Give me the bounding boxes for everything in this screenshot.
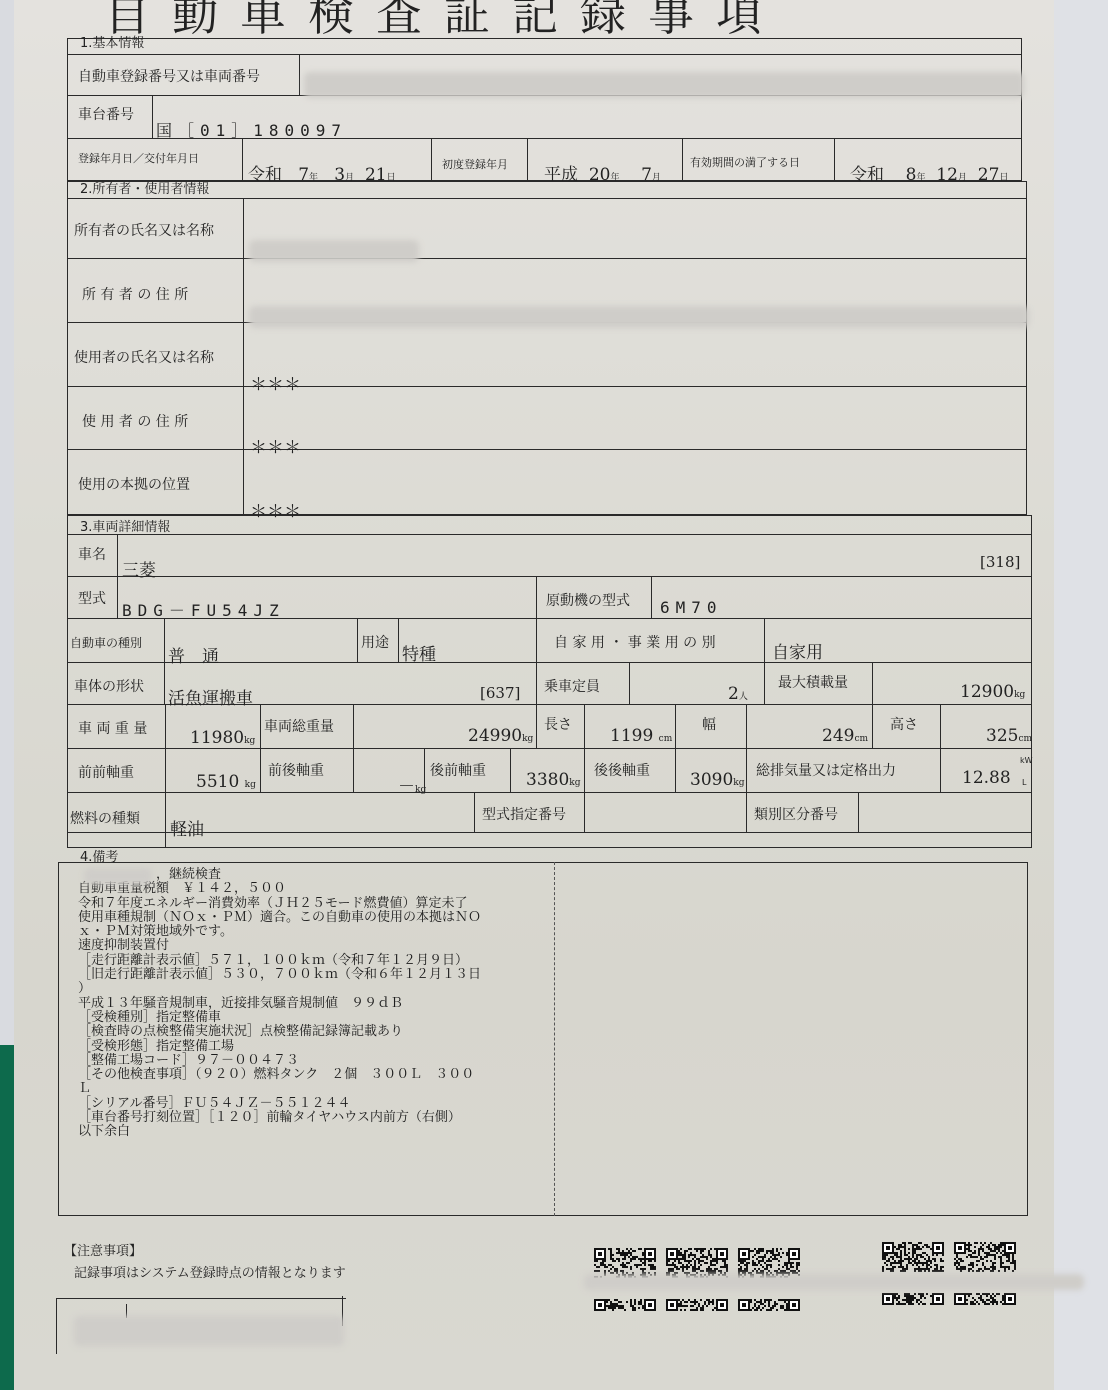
car-name-code: [318]	[980, 553, 1020, 571]
remarks-line: ［その他検査事項］（９２０）燃料タンク ２個 ３００Ｌ ３００	[78, 1068, 481, 1082]
first-registration-label: 初度登録年月	[442, 156, 508, 172]
redacted-owner-address	[249, 306, 1029, 328]
max-load-value: 12900kg	[960, 682, 1025, 702]
remarks-line: ［整備工場コード］９７－００４７３	[78, 1054, 481, 1068]
redacted-inspection-date	[84, 868, 152, 884]
vehicle-weight-value: 11980kg	[190, 728, 255, 748]
front-front-axle-label: 前前軸重	[78, 762, 134, 782]
remarks-line: ）	[78, 982, 481, 996]
height-label: 高さ	[890, 714, 918, 734]
body-shape-label: 車体の形状	[74, 676, 144, 696]
qr-code-icon	[954, 1290, 1016, 1302]
qr-code-icon	[594, 1296, 656, 1308]
remarks-line: ［旧走行距離計表示値］５３０，７００ｋｍ（令和６年１２月１３日	[78, 968, 481, 982]
gross-weight-value: 24990kg	[468, 726, 533, 746]
fuel-type-label: 燃料の種類	[70, 808, 140, 828]
remarks-line: 以下余白	[78, 1125, 481, 1139]
model-label: 型式	[78, 588, 106, 608]
registration-date-label: 登録年月日／交付年月日	[78, 150, 199, 166]
remarks-line: ［車台番号打刻位置］［１２０］前輪タイヤハウス内前方（右側）	[78, 1111, 481, 1125]
remarks-text: ，継続検査自動車重量税額 ￥１４２，５００令和７年度エネルギー消費効率（ＪＨ２５…	[78, 868, 481, 1140]
qr-code-icon	[954, 1242, 1016, 1272]
displacement-unit-kw: kW	[1020, 756, 1033, 765]
owner-name-label: 所有者の氏名又は名称	[74, 220, 214, 240]
inspection-certificate-page: 自動車検査証記録事項 1.基本情報 自動車登録番号又は車両番号 車台番号 国［0…	[14, 0, 1054, 1390]
category-label: 自動車の種別	[70, 634, 142, 651]
qr-code-icon	[738, 1296, 800, 1308]
remarks-line: 令和７年度エネルギー消費効率（ＪＨ２５モード燃費値）算定未了	[78, 897, 481, 911]
category-value: 普 通	[168, 642, 219, 667]
rear-front-axle-value: 3380kg	[526, 770, 580, 790]
height-value: 325cm	[986, 726, 1032, 746]
registration-number-label: 自動車登録番号又は車両番号	[78, 66, 260, 86]
redacted-owner-name	[249, 240, 419, 262]
type-designation-label: 型式指定番号	[482, 804, 566, 824]
length-label: 長さ	[544, 714, 572, 734]
body-shape-value: 活魚運搬車	[168, 684, 253, 709]
owner-address-label: 所 有 者 の 住 所	[82, 284, 188, 304]
remarks-line: 速度抑制装置付	[78, 939, 481, 953]
qr-code-icon	[666, 1296, 728, 1308]
section2-heading: 2.所有者・使用者情報	[80, 178, 209, 197]
user-address-label: 使 用 者 の 住 所	[82, 411, 188, 431]
user-name-value: ＊＊＊	[250, 370, 301, 395]
section1-heading: 1.基本情報	[80, 32, 144, 51]
remarks-line: ［シリアル番号］ＦＵ５４ＪＺ－５５１２４４	[78, 1097, 481, 1111]
private-business-label: 自 家 用 ・ 事 業 用 の 別	[554, 632, 716, 652]
section3-heading: 3.車両詳細情報	[80, 516, 170, 535]
redacted-issuer	[74, 1316, 344, 1346]
category-number-label: 類別区分番号	[754, 804, 838, 824]
fuel-type-value: 軽油	[170, 815, 204, 840]
car-name-label: 車名	[78, 544, 106, 564]
qr-code-icon	[882, 1242, 944, 1272]
base-location-label: 使用の本拠の位置	[78, 474, 190, 494]
user-address-value: ＊＊＊	[250, 433, 301, 458]
engine-model-label: 原動機の型式	[546, 590, 630, 610]
usage-label: 用途	[361, 632, 389, 652]
rear-rear-axle-label: 後後軸重	[594, 760, 650, 780]
redacted-code-strip	[584, 1274, 1084, 1290]
width-value: 249cm	[822, 726, 868, 746]
remarks-line: 平成１３年騒音規制車，近接排気騒音規制値 ９９ｄＢ	[78, 997, 481, 1011]
background-surface	[1048, 0, 1108, 1390]
private-business-value: 自家用	[772, 638, 823, 663]
engine-model-value: 6M70	[660, 598, 723, 617]
displacement-unit-l: L	[1022, 778, 1026, 787]
gross-weight-label: 車両総重量	[264, 716, 334, 736]
displacement-label: 総排気量又は定格出力	[756, 760, 896, 780]
width-label: 幅	[702, 714, 716, 734]
max-load-label: 最大積載量	[778, 672, 848, 692]
notes-heading: 【注意事項】	[64, 1240, 142, 1259]
rear-rear-axle-value: 3090kg	[690, 770, 744, 790]
capacity-value: 2人	[728, 684, 748, 704]
front-front-axle-value: 5510 kg	[196, 772, 256, 792]
front-rear-axle-label: 前後軸重	[268, 760, 324, 780]
remarks-line: ［検査時の点検整備実施状況］点検整備記録簿記載あり	[78, 1025, 481, 1039]
usage-value: 特種	[402, 640, 436, 665]
expiry-date-label: 有効期間の満了する日	[690, 154, 800, 170]
chassis-number-value: 国［01］180097	[156, 118, 347, 141]
remarks-line: 自動車重量税額 ￥１４２，５００	[78, 882, 481, 896]
redacted-registration-number	[304, 72, 1024, 98]
notes-text: 記録事項はシステム登録時点の情報となります	[74, 1262, 346, 1281]
front-rear-axle-value: －kg	[398, 772, 426, 797]
chassis-number-label: 車台番号	[78, 104, 134, 124]
user-name-label: 使用者の氏名又は名称	[74, 347, 214, 367]
length-value: 1199 cm	[610, 726, 672, 746]
remarks-line: ［受検形態］指定整備工場	[78, 1040, 481, 1054]
qr-code-icon	[882, 1290, 944, 1302]
rear-front-axle-label: 後前軸重	[430, 760, 486, 780]
vehicle-weight-label: 車 両 重 量	[78, 718, 147, 738]
capacity-label: 乗車定員	[544, 676, 600, 696]
displacement-value: 12.88	[962, 768, 1011, 788]
remarks-line: ［走行距離計表示値］５７１，１００ｋｍ（令和７年１２月９日）	[78, 954, 481, 968]
body-shape-code: [637]	[480, 684, 520, 702]
remarks-line: Ｌ	[78, 1082, 481, 1096]
car-name-value: 三菱	[122, 556, 156, 581]
model-value: BDG－FU54JZ	[122, 598, 285, 621]
